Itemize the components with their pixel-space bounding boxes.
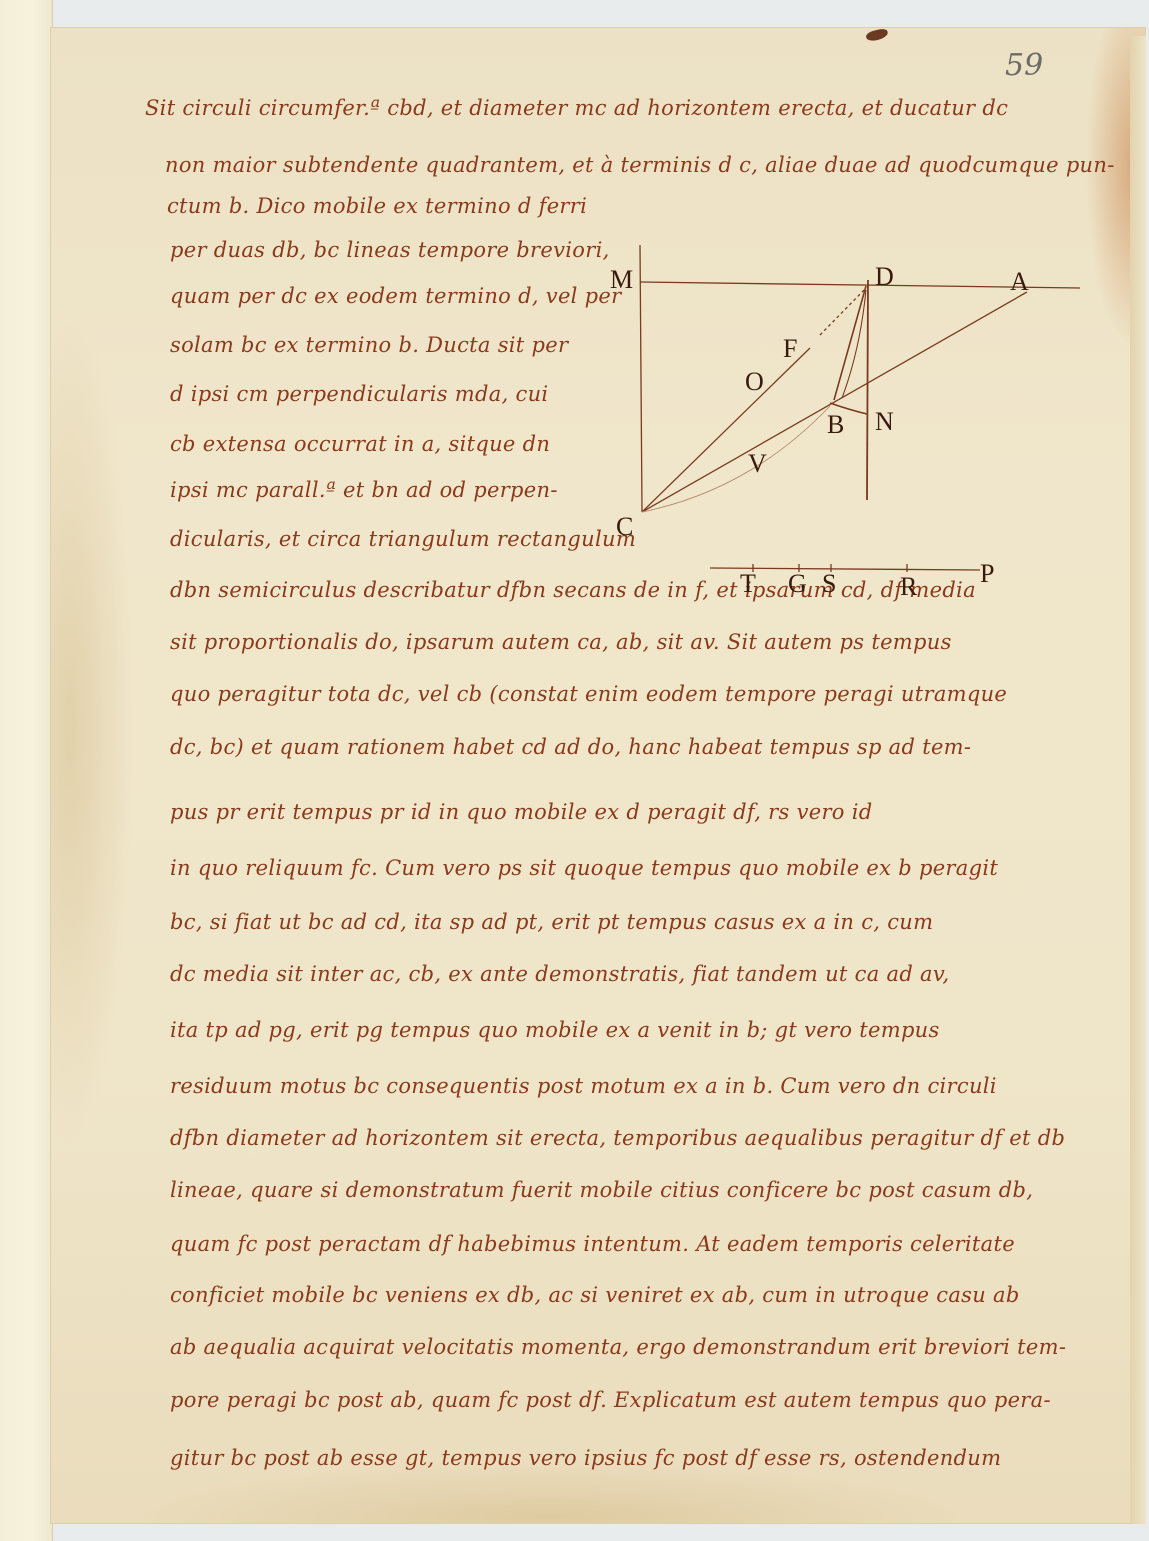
label-o: O <box>745 367 764 396</box>
line-db <box>834 286 866 400</box>
left-blank-leaf <box>0 0 53 1541</box>
label-g: G <box>788 569 807 598</box>
label-f: F <box>783 334 797 363</box>
label-s: S <box>822 569 836 598</box>
manuscript-line-5: quam per dc ex eodem termino d, vel per <box>170 284 621 308</box>
manuscript-line-22: lineae, quare si demonstratum fuerit mob… <box>170 1178 1033 1202</box>
label-c: C <box>616 512 633 541</box>
manuscript-line-25: ab aequalia acquirat velocitatis momenta… <box>170 1335 1066 1359</box>
manuscript-line-14: dc, bc) et quam rationem habet cd ad do,… <box>170 735 971 759</box>
label-v: V <box>748 449 767 478</box>
label-b: B <box>827 410 844 439</box>
manuscript-line-16: in quo reliquum fc. Cum vero ps sit quoq… <box>170 856 998 880</box>
manuscript-line-6: solam bc ex termino b. Ducta sit per <box>170 333 568 357</box>
manuscript-line-9: ipsi mc parall.ª et bn ad od perpen- <box>170 478 558 502</box>
folio-right-edge <box>1130 36 1146 1524</box>
label-r: R <box>900 572 918 601</box>
manuscript-line-27: gitur bc post ab esse gt, tempus vero ip… <box>170 1446 1001 1470</box>
manuscript-line-20: residuum motus bc consequentis post motu… <box>170 1074 997 1098</box>
manuscript-line-8: cb extensa occurrat in a, sitque dn <box>170 432 550 456</box>
manuscript-line-18: dc media sit inter ac, cb, ex ante demon… <box>170 962 950 986</box>
label-n: N <box>875 407 894 436</box>
manuscript-line-17: bc, si fiat ut bc ad cd, ita sp ad pt, e… <box>170 910 933 934</box>
manuscript-line-13: quo peragitur tota dc, vel cb (constat e… <box>170 682 1007 706</box>
label-m: M <box>610 265 633 294</box>
folio-number: 59 <box>1005 48 1043 83</box>
manuscript-line-23: quam fc post peractam df habebimus inten… <box>170 1232 1015 1256</box>
label-a: A <box>1010 267 1029 296</box>
label-d: D <box>875 262 894 291</box>
manuscript-line-19: ita tp ad pg, erit pg tempus quo mobile … <box>170 1018 940 1042</box>
manuscript-line-3: ctum b. Dico mobile ex termino d ferri <box>167 194 587 218</box>
manuscript-line-7: d ipsi cm perpendicularis mda, cui <box>170 382 548 406</box>
manuscript-line-4: per duas db, bc lineas tempore breviori, <box>170 238 610 262</box>
manuscript-line-1: Sit circuli circumfer.ª cbd, et diameter… <box>145 96 1008 120</box>
line-dn <box>867 280 868 500</box>
line-ca <box>642 292 1027 512</box>
arc-db <box>842 290 866 398</box>
geometric-diagram: M D A F O B N V C T G S R P <box>580 230 1100 610</box>
manuscript-line-15: pus pr erit tempus pr id in quo mobile e… <box>170 800 872 824</box>
manuscript-line-10: dicularis, et circa triangulum rectangul… <box>170 527 636 551</box>
manuscript-line-21: dfbn diameter ad horizontem sit erecta, … <box>170 1126 1065 1150</box>
manuscript-line-24: conficiet mobile bc veniens ex db, ac si… <box>170 1283 1020 1307</box>
manuscript-line-2: non maior subtendente quadrantem, et à t… <box>165 153 1115 177</box>
manuscript-line-26: pore peragi bc post ab, quam fc post df.… <box>170 1388 1051 1412</box>
line-mc <box>640 245 642 512</box>
manuscript-line-12: sit proportionalis do, ipsarum autem ca,… <box>170 630 952 654</box>
label-t: T <box>740 569 756 598</box>
label-p: P <box>980 559 994 588</box>
